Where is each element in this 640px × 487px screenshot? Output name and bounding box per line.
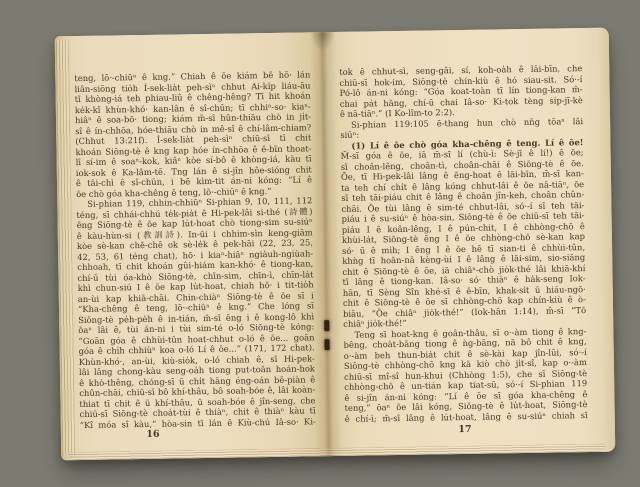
page-text-right: tok ê chhut-sì, seng-gâi, sí, koh-oa̍h ê…: [339, 63, 588, 424]
page-number-left: 16: [141, 429, 165, 440]
book-page-left: teng, lō·-chiūⁿ ê kng.” Chiah ê ōe kiám …: [55, 32, 330, 460]
staple: [324, 339, 329, 350]
photo-background: teng, lō·-chiūⁿ ê kng.” Chiah ê ōe kiám …: [0, 0, 640, 487]
book-page-right: tok ê chhut-sì, seng-gâi, sí, koh-oa̍h ê…: [323, 28, 616, 456]
staple: [324, 320, 329, 331]
page-number-right: 17: [453, 424, 477, 435]
open-book: teng, lō·-chiūⁿ ê kng.” Chiah ê ōe kiám …: [55, 28, 616, 461]
page-text-left: teng, lō·-chiūⁿ ê kng.” Chiah ê ōe kiám …: [74, 69, 316, 430]
page-stack-edge: [56, 39, 76, 457]
